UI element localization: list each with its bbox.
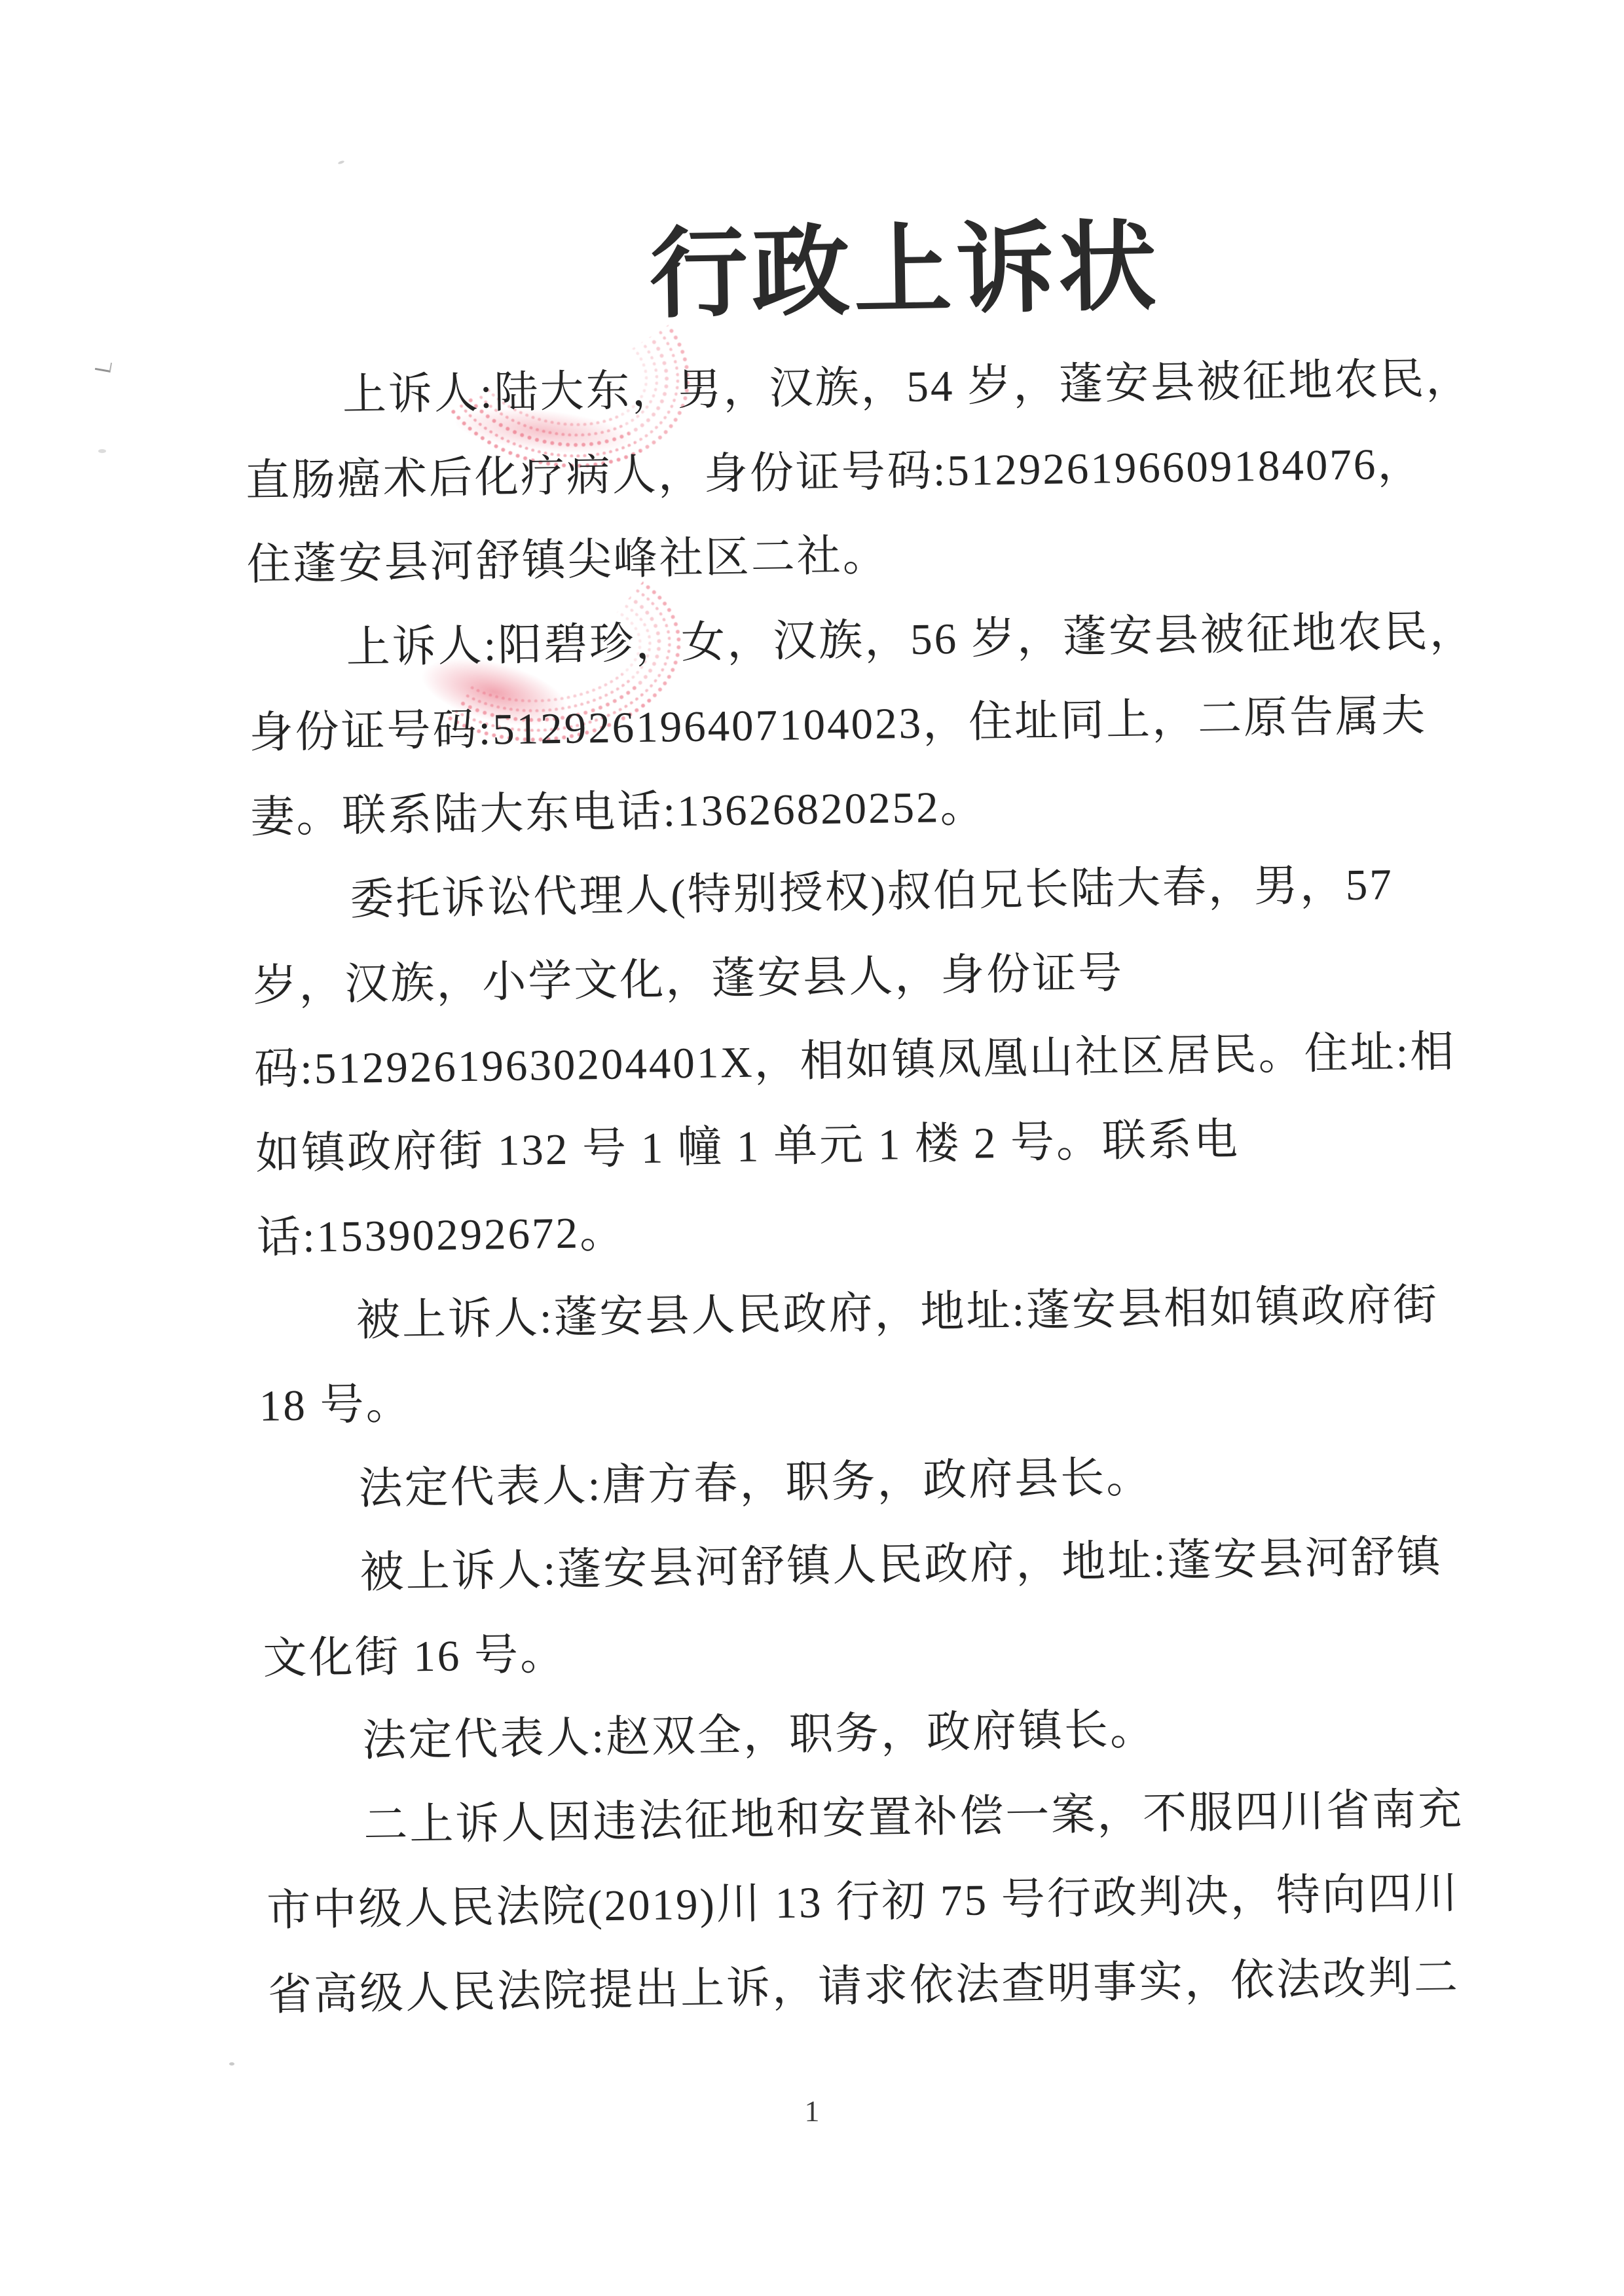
body-line: 身份证号码:512926196407104023，住址同上，二原告属夫 [249, 674, 1399, 776]
document-body: 上诉人:陆大东，男，汉族，54 岁，蓬安县被征地农民，直肠癌术后化疗病人，身份证… [244, 338, 1418, 2037]
body-line: 委托诉讼代理人(特别授权)叔伯兄长陆大春，男，57 [251, 843, 1401, 944]
document-title: 行政上诉状 [648, 187, 1161, 337]
body-line: 码:51292619630204401X，相如镇凤凰山社区居民。住址:相 [253, 1011, 1404, 1112]
body-line: 上诉人:阳碧珍，女，汉族，56 岁，蓬安县被征地农民， [248, 590, 1398, 691]
body-line: 二上诉人因违法征地和安置补偿一案，不服四川省南充 [265, 1768, 1415, 1869]
page-number: 1 [0, 2094, 1624, 2128]
scan-artifact [229, 2062, 234, 2066]
body-line: 妻。联系陆大东电话:13626820252。 [250, 758, 1401, 860]
body-line: 上诉人:陆大东，男，汉族，54 岁，蓬安县被征地农民， [244, 338, 1394, 439]
body-line: 被上诉人:蓬安县人民政府，地址:蓬安县相如镇政府街 [257, 1263, 1408, 1364]
body-line: 直肠癌术后化疗病人，身份证号码:512926196609184076， [245, 422, 1395, 523]
body-line: 法定代表人:赵双全，职务，政府镇长。 [264, 1684, 1414, 1785]
body-line: 法定代表人:唐方春，职务，政府县长。 [260, 1431, 1411, 1533]
body-line: 被上诉人:蓬安县河舒镇人民政府，地址:蓬安县河舒镇 [261, 1516, 1412, 1617]
body-line: 文化街 16 号。 [263, 1599, 1413, 1701]
scan-artifact [98, 449, 106, 453]
body-line: 市中级人民法院(2019)川 13 行初 75 号行政判决，特向四川 [266, 1852, 1416, 1954]
body-line: 话:15390292672。 [256, 1179, 1407, 1281]
body-line: 如镇政府街 132 号 1 幢 1 单元 1 楼 2 号。联系电 [255, 1095, 1405, 1196]
body-line: 岁，汉族，小学文化，蓬安县人，身份证号 [252, 926, 1403, 1028]
scan-artifact [95, 360, 112, 373]
body-line: 18 号。 [259, 1347, 1409, 1449]
body-line: 住蓬安县河舒镇尖峰社区二社。 [246, 506, 1397, 608]
body-line: 省高级人民法院提出上诉，请求依法查明事实，依法改判二 [267, 1936, 1418, 2037]
scan-artifact [338, 160, 345, 164]
document-page: 行政上诉状 上诉人:陆大东，男，汉族，54 岁，蓬安县被征地农民，直肠癌术后化疗… [0, 0, 1624, 2296]
